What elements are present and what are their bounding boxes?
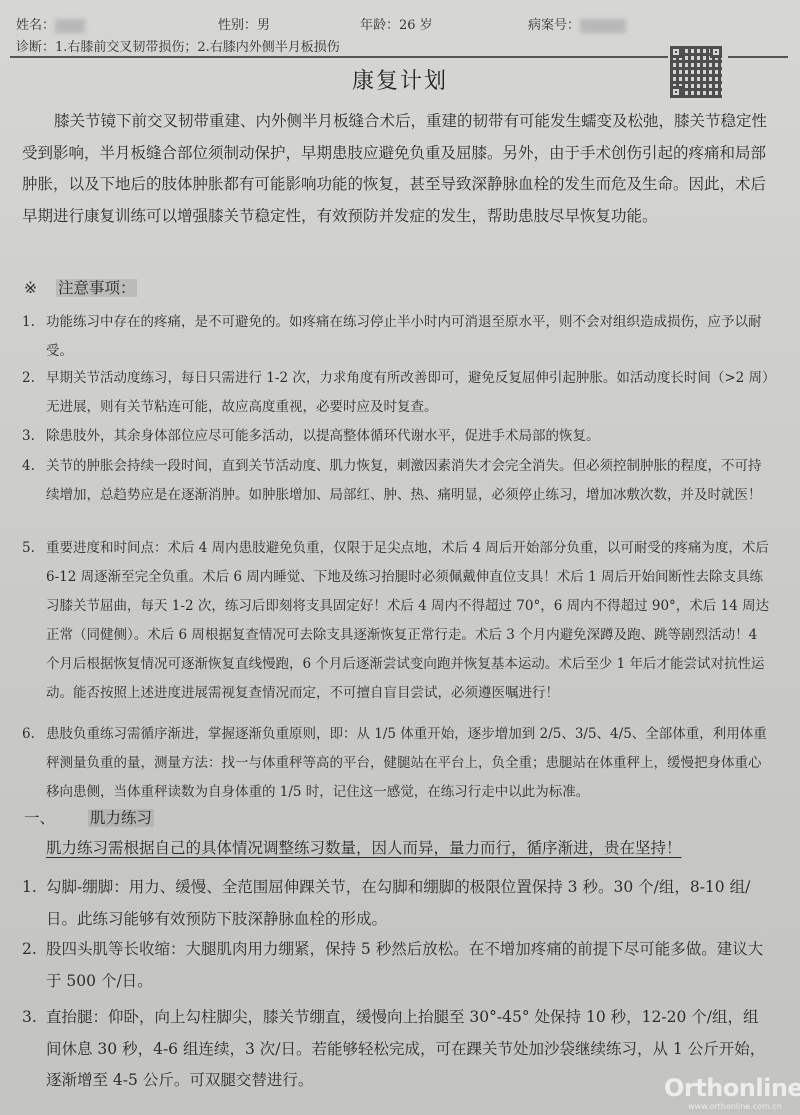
item-number: 3. [22,1002,37,1034]
exercise-item: 3. 直抬腿：仰卧，向上勾柱脚尖，膝关节绷直，缓慢向上抬腿至 30°-45° 处… [22,1002,770,1097]
item-number: 2. [22,934,37,966]
name-label: 姓名： [16,18,55,33]
item-number: 4. [22,452,35,481]
item-number: 1. [22,308,35,337]
reference-mark-icon: ※ [24,279,37,297]
strength-training-motto: 肌力练习需根据自己的具体情况调整练习数量，因人而异，量力而行，循序渐进，贵在坚持… [46,836,682,858]
notes-heading: ※ 注意事项： [24,276,137,298]
orthonline-watermark: Orthonline www.orthonline.com.cn [664,1074,800,1102]
item-text: 直抬腿：仰卧，向上勾柱脚尖，膝关节绷直，缓慢向上抬腿至 30°-45° 处保持 … [46,1002,770,1097]
item-text: 除患肢外，其余身体部位应尽可能多活动，以提高整体循环代谢水平，促进手术局部的恢复… [46,422,770,451]
item-text: 患肢负重练习需循序渐进，掌握逐渐负重原则，即：从 1/5 体重开始，逐步增加到 … [46,720,770,807]
section-heading: 一、 肌力练习 [24,806,154,828]
note-item: 3. 除患肢外，其余身体部位应尽可能多活动，以提高整体循环代谢水平，促进手术局部… [22,422,770,451]
watermark-logo: Orthonline [664,1074,800,1102]
section-number: 一、 [24,809,55,827]
item-text: 关节的肿胀会持续一段时间，直到关节活动度、肌力恢复，刺激因素消失才会完全消失。但… [46,452,770,510]
page-title: 康复计划 [0,64,800,95]
watermark-url: www.orthonline.com.cn [688,1102,782,1111]
record-number-field: 病案号： [528,14,626,33]
item-number: 1. [22,872,37,904]
intro-paragraph: 膝关节镜下前交叉韧带重建、内外侧半月板缝合术后，重建的韧带有可能发生蠕变及松弛，… [22,106,770,232]
item-text: 股四头肌等长收缩：大腿肌肉用力绷紧，保持 5 秒然后放松。在不增加疼痛的前提下尽… [46,934,770,997]
item-number: 6. [22,720,35,749]
exercise-item: 2. 股四头肌等长收缩：大腿肌肉用力绷紧，保持 5 秒然后放松。在不增加疼痛的前… [22,934,770,997]
section-title: 肌力练习 [88,809,154,827]
note-item: 4. 关节的肿胀会持续一段时间，直到关节活动度、肌力恢复，刺激因素消失才会完全消… [22,452,770,510]
patient-name-field: 姓名： [16,14,85,33]
item-text: 功能练习中存在的疼痛，是不可避免的。如疼痛在练习停止半小时内可消退至原水平，则不… [46,308,770,366]
item-number: 2. [22,364,35,393]
gender-field: 性别：男 [218,14,270,33]
item-text: 早期关节活动度练习，每日只需进行 1-2 次，力求角度有所改善即可，避免反复屈伸… [46,364,770,422]
record-label: 病案号： [528,18,580,33]
item-text: 重要进度和时间点：术后 4 周内患肢避免负重，仅限于足尖点地，术后 4 周后开始… [46,534,770,708]
header-divider-right [728,56,788,58]
item-number: 3. [22,422,35,451]
exercise-item: 1. 勾脚-绷脚：用力、缓慢、全范围屈伸踝关节，在勾脚和绷脚的极限位置保持 3 … [22,872,770,935]
redacted-name [55,19,85,33]
note-item: 5. 重要进度和时间点：术后 4 周内患肢避免负重，仅限于足尖点地，术后 4 周… [22,534,770,708]
document-page: 姓名： 性别：男 年龄：26 岁 病案号： 诊断：1.右膝前交叉韧带损伤；2.右… [0,0,800,1115]
header-divider-left [10,56,668,58]
notes-heading-text: 注意事项： [56,279,138,297]
age-field: 年龄：26 岁 [360,14,433,33]
note-item: 2. 早期关节活动度练习，每日只需进行 1-2 次，力求角度有所改善即可，避免反… [22,364,770,422]
note-item: 6. 患肢负重练习需循序渐进，掌握逐渐负重原则，即：从 1/5 体重开始，逐步增… [22,720,770,807]
diagnosis: 诊断：1.右膝前交叉韧带损伤；2.右膝内外侧半月板损伤 [16,36,340,55]
redacted-record-number [580,19,626,33]
item-text: 勾脚-绷脚：用力、缓慢、全范围屈伸踝关节，在勾脚和绷脚的极限位置保持 3 秒。3… [46,872,770,935]
note-item: 1. 功能练习中存在的疼痛，是不可避免的。如疼痛在练习停止半小时内可消退至原水平… [22,308,770,366]
item-number: 5. [22,534,35,563]
